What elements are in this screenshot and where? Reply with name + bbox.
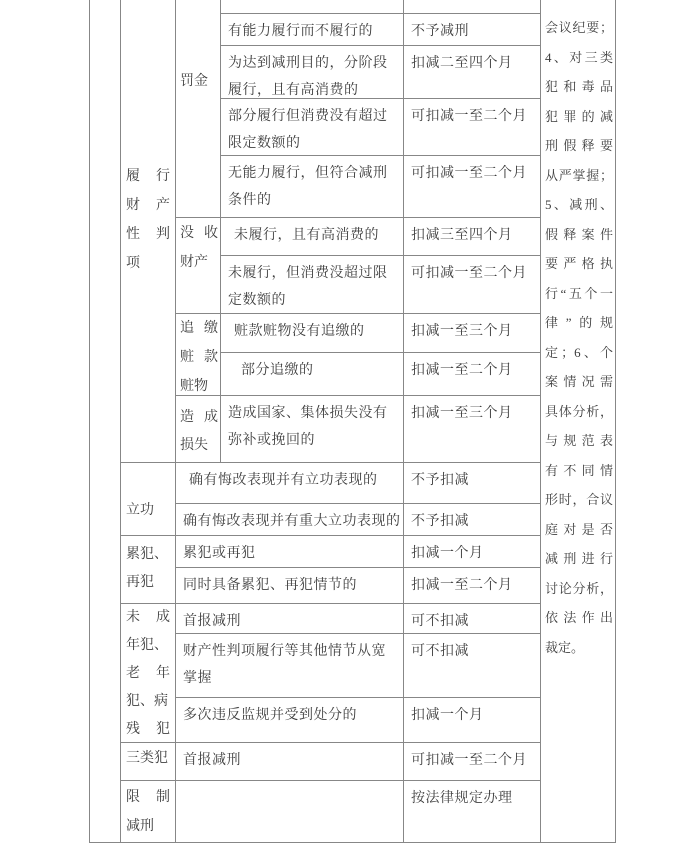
label-line: 减刑	[126, 812, 170, 841]
condition-cell: 赃款赃物没有追缴的	[234, 318, 400, 345]
condition-cell: 财产性判项履行等其他情节从宽掌握	[183, 638, 399, 692]
category-cell-juvenile-elderly-sick: 未成 年犯、 老年 犯、病 残犯	[126, 604, 170, 744]
label-line: 没收	[180, 219, 218, 248]
condition-cell: 部分追缴的	[241, 357, 401, 384]
notes-line: 减刑进行	[545, 544, 613, 574]
condition-cell: 同时具备累犯、再犯情节的	[183, 572, 401, 599]
label-line: 老年	[126, 660, 170, 688]
table-vline-notes-left	[540, 0, 541, 842]
label-line: 再犯	[126, 569, 170, 597]
subcategory-cell-recovery-stolen-goods: 追缴 赃款 赃物	[180, 314, 218, 401]
outcome-cell: 可扣减一至二个月	[411, 103, 535, 130]
subcategory-cell-caused-losses: 造成 损失	[180, 404, 218, 460]
table-hline	[220, 255, 540, 256]
category-cell-three-types: 三类犯	[126, 745, 170, 773]
outcome-cell: 扣减三至四个月	[411, 222, 535, 249]
category-cell-property-judgment: 履行 财产 性判 项	[126, 162, 170, 278]
table-hline	[175, 395, 540, 396]
table-vline-condition-left	[220, 0, 221, 462]
notes-line: 假释案件	[545, 220, 613, 250]
label-line: 项	[126, 249, 170, 278]
outcome-cell: 扣减一至二个月	[411, 357, 535, 384]
notes-line: 依法作出	[545, 603, 613, 633]
category-cell-restricted-commutation: 限制 减刑	[126, 783, 170, 841]
table-hline	[220, 45, 540, 46]
condition-cell: 造成国家、集体损失没有弥补或挽回的	[228, 400, 400, 454]
category-cell-meritorious-service: 立功	[126, 497, 170, 525]
label-line: 年犯、	[126, 632, 170, 660]
outcome-cell: 可扣减一至二个月	[411, 260, 535, 287]
condition-cell: 未履行，但消费没超过限定数额的	[228, 260, 400, 314]
label-line: 三类犯	[126, 745, 170, 773]
category-cell-recidivist: 累犯、 再犯	[126, 541, 170, 597]
outcome-cell: 可扣减一至二个月	[411, 747, 535, 774]
label-line: 赃款	[180, 343, 218, 372]
outcome-cell: 可不扣减	[411, 638, 535, 665]
notes-cell-meeting-minutes: 会议纪要； 4、对三类 犯和毒品 犯罪的减 刑假释要 从严掌握； 5、减刑、 假…	[545, 13, 613, 662]
table-hline	[220, 352, 540, 353]
table-hline	[120, 535, 540, 536]
condition-cell: 确有悔改表现并有重大立功表现的	[183, 508, 401, 535]
label-line: 罚金	[180, 68, 218, 96]
outcome-cell: 不予扣减	[411, 467, 535, 494]
condition-cell: 首报减刑	[183, 747, 401, 774]
label-line: 财产	[180, 248, 218, 277]
condition-cell: 确有悔改表现并有立功表现的	[189, 467, 401, 494]
table-hline	[120, 742, 540, 743]
condition-cell: 累犯或再犯	[183, 540, 401, 567]
notes-line: 案情况需	[545, 367, 613, 397]
notes-line: 裁定。	[545, 633, 613, 663]
table-hline	[120, 603, 540, 604]
table-vline-outer-left	[89, 0, 90, 842]
table-vline-subcategory-left	[175, 0, 176, 842]
label-line: 财产	[126, 191, 170, 220]
table-hline	[175, 697, 540, 698]
label-line: 损失	[180, 432, 218, 460]
label-line: 造成	[180, 404, 218, 432]
table-vline-outer-right	[615, 0, 616, 842]
outcome-cell: 扣减二至四个月	[411, 50, 535, 77]
table-hline	[120, 462, 540, 463]
notes-line: 犯罪的减	[545, 102, 613, 132]
table-hline	[120, 780, 540, 781]
condition-cell: 部分履行但消费没有超过限定数额的	[228, 103, 400, 157]
notes-line: 从严掌握；	[545, 161, 613, 191]
notes-line: 具体分析，	[545, 397, 613, 427]
label-line: 未成	[126, 604, 170, 632]
label-line: 赃物	[180, 372, 218, 401]
condition-cell: 无能力履行，但符合减刑条件的	[228, 160, 400, 214]
label-line: 残犯	[126, 716, 170, 744]
table-vline-category-left	[120, 0, 121, 842]
outcome-cell: 扣减一至三个月	[411, 318, 535, 345]
notes-line: 与规范表	[545, 426, 613, 456]
subcategory-cell-confiscation: 没收 财产	[180, 219, 218, 277]
notes-line: 要严格执	[545, 249, 613, 279]
table-hline	[175, 503, 540, 504]
notes-line: 律”的规	[545, 308, 613, 338]
outcome-cell: 扣减一个月	[411, 702, 535, 729]
outcome-cell: 按法律规定办理	[411, 785, 535, 812]
label-line: 犯、病	[126, 688, 170, 716]
label-line: 累犯、	[126, 541, 170, 569]
condition-cell: 首报减刑	[183, 608, 401, 635]
table-hline	[220, 13, 540, 14]
outcome-cell: 可不扣减	[411, 608, 535, 635]
notes-line: 刑假释要	[545, 131, 613, 161]
notes-line: 庭对是否	[545, 515, 613, 545]
document-page: 履行 财产 性判 项 立功 累犯、 再犯 未成 年犯、 老年 犯、病 残犯 三类…	[0, 0, 697, 859]
notes-line: 5、减刑、	[545, 190, 613, 220]
table-hline	[175, 217, 540, 218]
label-line: 追缴	[180, 314, 218, 343]
outcome-cell: 扣减一个月	[411, 540, 535, 567]
condition-cell: 为达到减刑目的，分阶段履行，且有高消费的	[228, 50, 400, 104]
notes-line: 犯和毒品	[545, 72, 613, 102]
condition-cell: 有能力履行而不履行的	[228, 18, 400, 45]
outcome-cell: 扣减一至二个月	[411, 572, 535, 599]
table-hline	[175, 567, 540, 568]
outcome-cell: 不予扣减	[411, 508, 535, 535]
outcome-cell: 不予减刑	[411, 18, 535, 45]
notes-line: 有不同情	[545, 456, 613, 486]
subcategory-cell-fine: 罚金	[180, 68, 218, 96]
notes-line: 讨论分析，	[545, 574, 613, 604]
label-line: 立功	[126, 497, 170, 525]
condition-cell: 多次违反监规并受到处分的	[183, 702, 401, 729]
table-hline-bottom	[89, 842, 616, 843]
label-line: 性判	[126, 220, 170, 249]
label-line: 履行	[126, 162, 170, 191]
label-line: 限制	[126, 783, 170, 812]
outcome-cell: 扣减一至三个月	[411, 400, 535, 427]
condition-cell: 未履行，且有高消费的	[234, 222, 406, 249]
notes-line: 定；6、个	[545, 338, 613, 368]
notes-line: 形时，合议	[545, 485, 613, 515]
notes-line: 行“五个一	[545, 279, 613, 309]
outcome-cell: 可扣减一至二个月	[411, 160, 535, 187]
notes-line: 会议纪要；	[545, 13, 613, 43]
table-vline-outcome-left	[403, 0, 404, 842]
notes-line: 4、对三类	[545, 43, 613, 73]
